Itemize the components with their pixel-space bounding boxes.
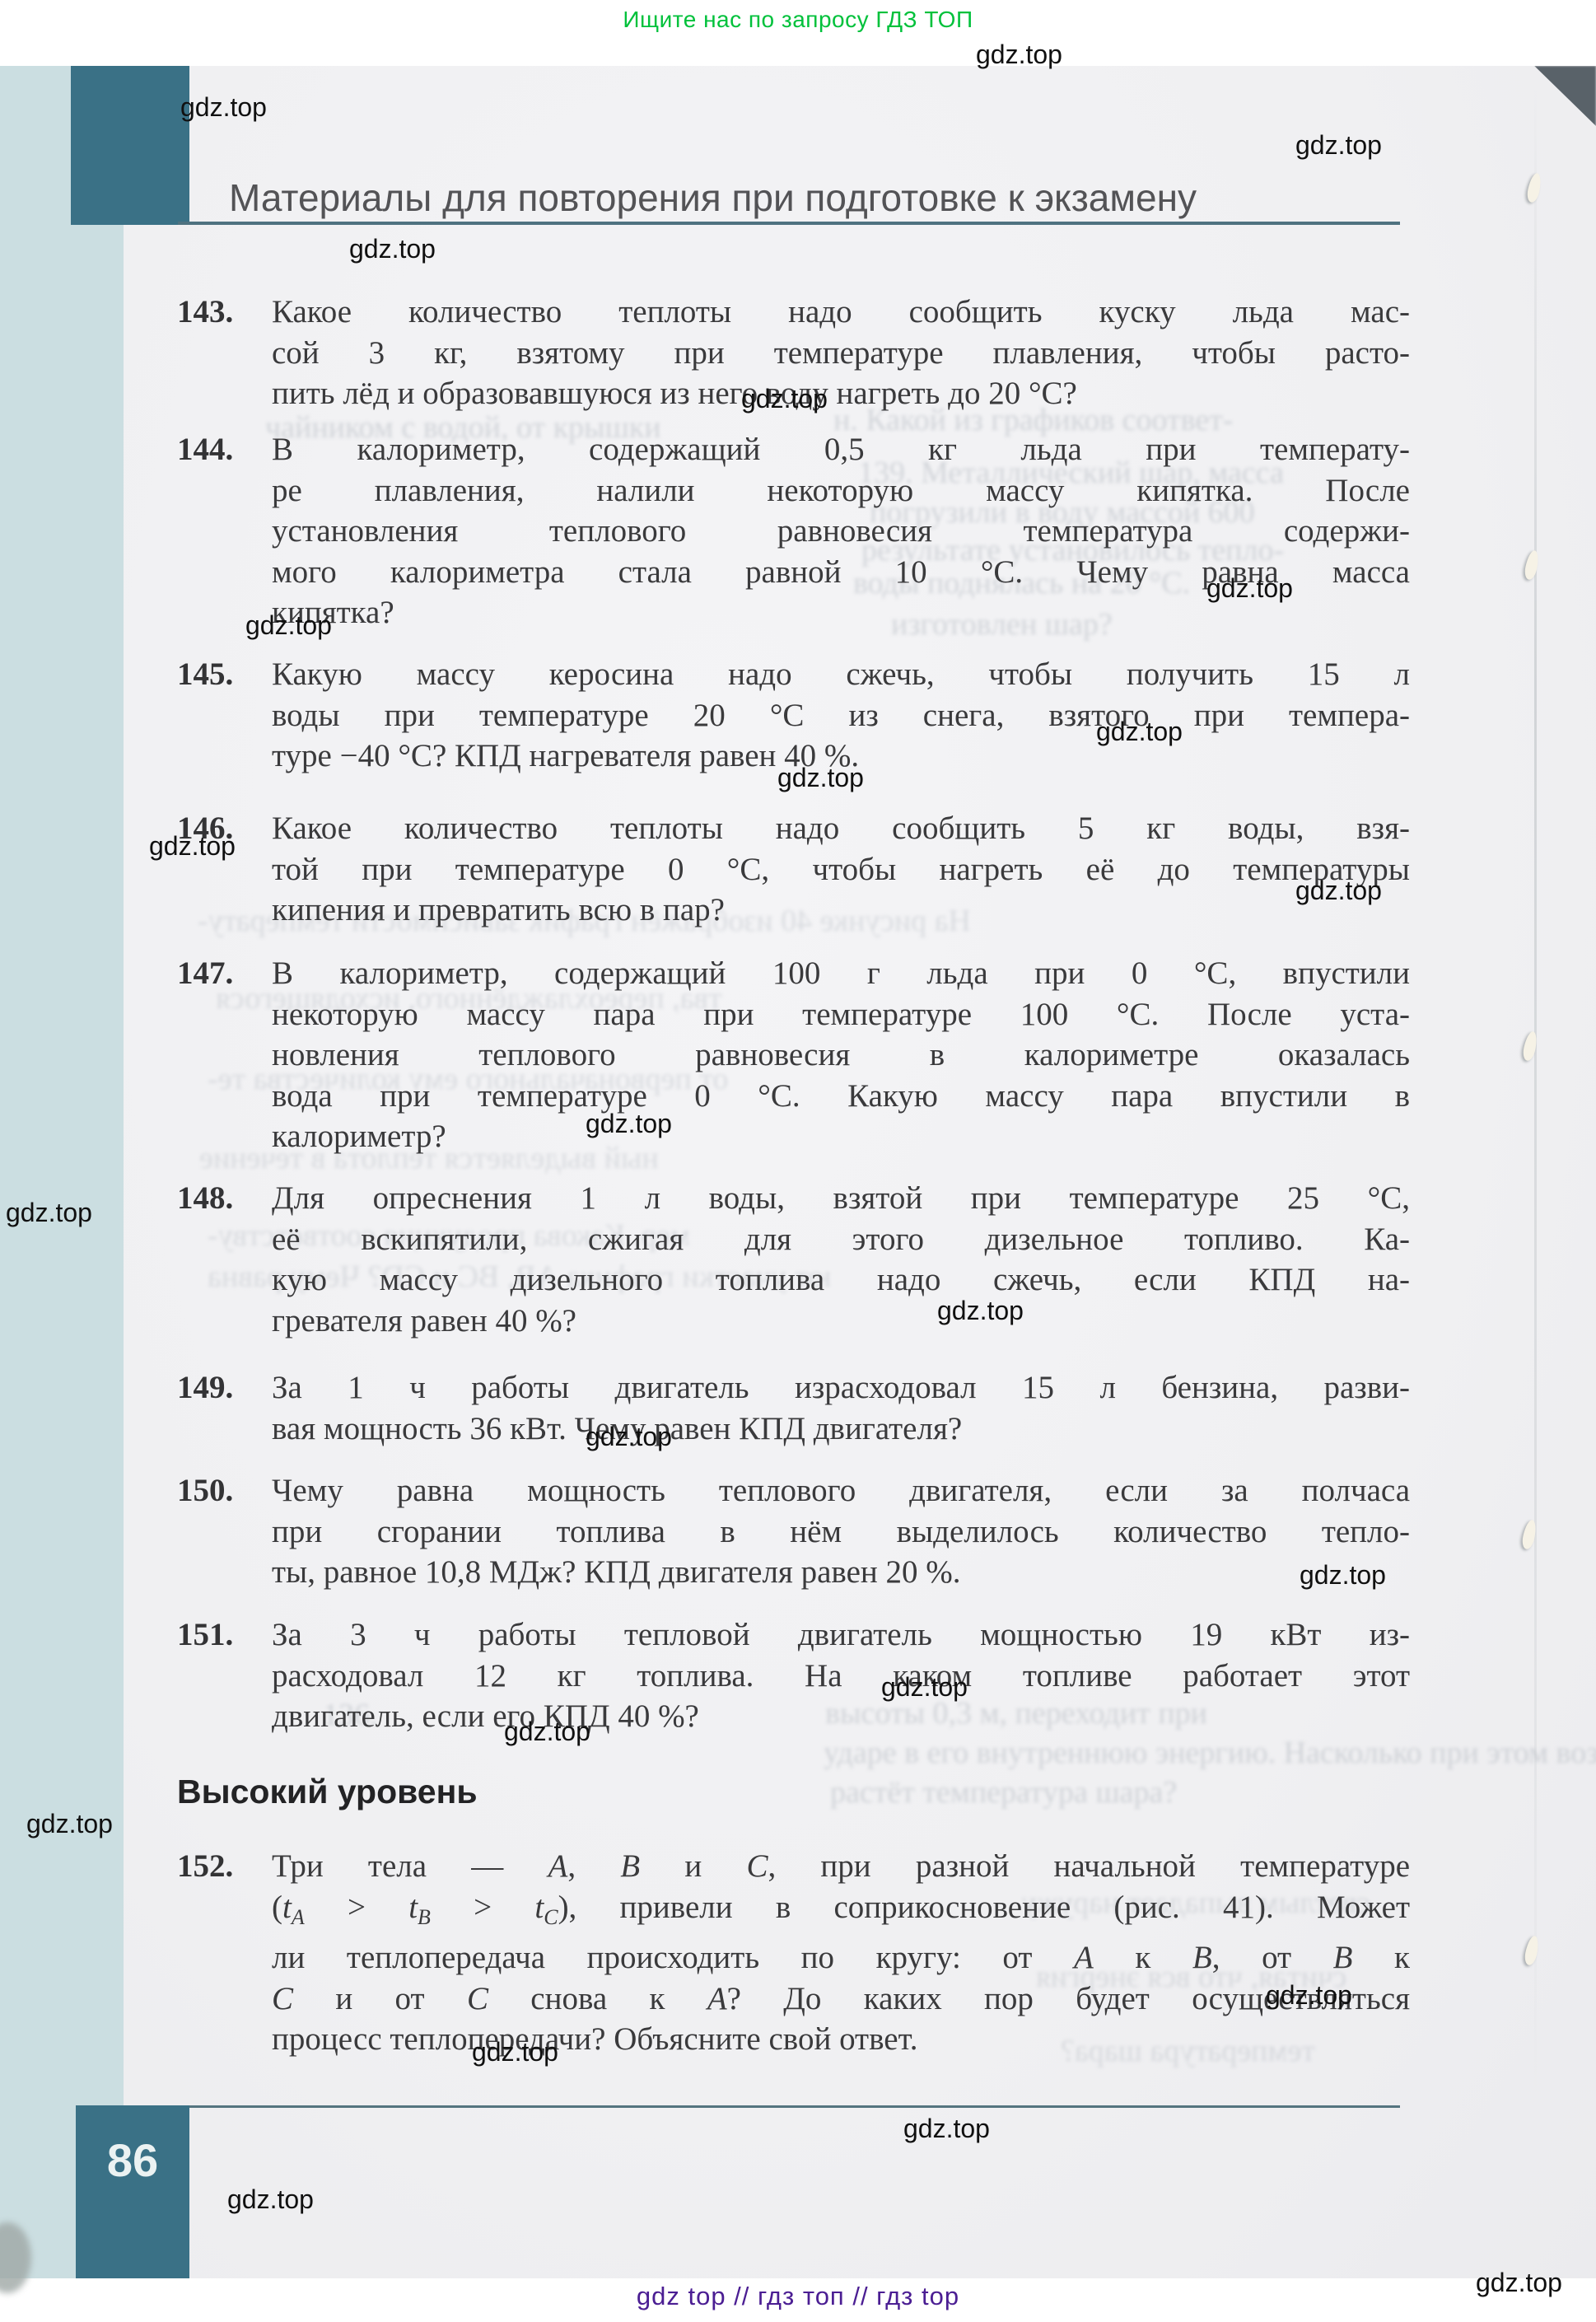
problem-text-line: двигатель, если его КПД 40 %? <box>272 1696 1410 1737</box>
watermark: gdz.top <box>504 1717 590 1747</box>
problem-number: 148. <box>177 1178 233 1219</box>
problem-number: 147. <box>177 953 233 994</box>
watermark: gdz.top <box>180 92 267 123</box>
watermark: gdz.top <box>472 2037 558 2067</box>
watermark: gdz.top <box>149 831 236 862</box>
problem-item: 148.Для опреснения 1 л воды, взятой при … <box>177 1178 1410 1341</box>
section-heading: Высокий уровень <box>177 1773 478 1811</box>
problems-layer: 143.Какое количество теплоты надо сообщи… <box>0 0 1596 2322</box>
watermark: gdz.top <box>1096 717 1183 747</box>
watermark: gdz.top <box>227 2184 314 2215</box>
watermark: gdz.top <box>976 40 1062 70</box>
watermark: gdz.top <box>1476 2268 1562 2298</box>
problem-text-line: За 1 ч работы двигатель израсходовал 15 … <box>272 1367 1410 1409</box>
watermark: gdz.top <box>245 610 332 641</box>
watermark: gdz.top <box>1295 876 1382 906</box>
problem-text-line: вая мощность 36 кВт. Чему равен КПД двиг… <box>272 1409 1410 1450</box>
watermark: gdz.top <box>586 1109 672 1139</box>
problem-text-line: воды при температуре 20 °С из снега, взя… <box>272 695 1410 736</box>
problem-text-line: процесс теплопередачи? Объясните свой от… <box>272 2019 1410 2060</box>
problem-item: 147.В калориметр, содержащий 100 г льда … <box>177 953 1410 1157</box>
problem-text-line: расходовал 12 кг топлива. На каком топли… <box>272 1656 1410 1697</box>
problem-item: 145.Какую массу керосина надо сжечь, что… <box>177 654 1410 777</box>
problem-text-line: ты, равное 10,8 МДж? КПД двигателя равен… <box>272 1552 1410 1593</box>
problem-text-line: Три тела — А, В и С, при разной начально… <box>272 1846 1410 1887</box>
problem-text-line: ли теплопередача происходить по кругу: о… <box>272 1937 1410 1979</box>
watermark: gdz.top <box>1206 573 1293 604</box>
problem-lines: В калориметр, содержащий 100 г льда при … <box>272 953 1410 1157</box>
problem-number: 143. <box>177 292 233 333</box>
problem-text-line: той при температуре 0 °С, чтобы нагреть … <box>272 849 1410 890</box>
problem-item: 151.За 3 ч работы тепловой двигатель мощ… <box>177 1614 1410 1737</box>
problem-text-line: ре плавления, налили некоторую массу кип… <box>272 470 1410 512</box>
problem-text-line: при сгорании топлива в нём выделилось ко… <box>272 1511 1410 1553</box>
problem-text-line: пить лёд и образовавшуюся из него воду н… <box>272 373 1410 414</box>
problem-lines: За 3 ч работы тепловой двигатель мощност… <box>272 1614 1410 1737</box>
problem-text-line: кую массу дизельного топлива надо сжечь,… <box>272 1259 1410 1301</box>
page-crease <box>1534 78 1537 2105</box>
problem-item: 146.Какое количество теплоты надо сообщи… <box>177 808 1410 931</box>
problem-text-line: За 3 ч работы тепловой двигатель мощност… <box>272 1614 1410 1656</box>
problem-number: 144. <box>177 429 233 470</box>
watermark: gdz.top <box>6 1198 92 1228</box>
problem-lines: За 1 ч работы двигатель израсходовал 15 … <box>272 1367 1410 1449</box>
watermark: gdz.top <box>777 763 864 793</box>
problem-number: 152. <box>177 1846 233 1887</box>
problem-text-line: некоторую массу пара при температуре 100… <box>272 994 1410 1035</box>
problem-number: 150. <box>177 1470 233 1511</box>
problem-lines: Для опреснения 1 л воды, взятой при темп… <box>272 1178 1410 1341</box>
problem-text-line: В калориметр, содержащий 0,5 кг льда при… <box>272 429 1410 470</box>
problem-text-line: Чему равна мощность теплового двигателя,… <box>272 1470 1410 1511</box>
problem-item: 150.Чему равна мощность теплового двигат… <box>177 1470 1410 1593</box>
watermark: gdz.top <box>903 2114 990 2144</box>
problem-number: 145. <box>177 654 233 695</box>
problem-number: 151. <box>177 1614 233 1656</box>
problem-text-line: (tА > tВ > tС), привели в соприкосновени… <box>272 1887 1410 1938</box>
problem-text-line: установления теплового равновесия темпер… <box>272 511 1410 552</box>
problem-text-line: вода при температуре 0 °С. Какую массу п… <box>272 1076 1410 1117</box>
problem-text-line: её вскипятили, сжигая для этого дизельно… <box>272 1219 1410 1260</box>
watermark: gdz.top <box>349 234 436 264</box>
watermark: gdz.top <box>937 1296 1024 1326</box>
problem-text-line: калориметр? <box>272 1116 1410 1157</box>
problem-number: 149. <box>177 1367 233 1409</box>
problem-lines: Какую массу керосина надо сжечь, чтобы п… <box>272 654 1410 777</box>
watermark: gdz.top <box>1295 130 1382 161</box>
problem-text-line: Какое количество теплоты надо сообщить к… <box>272 292 1410 333</box>
problem-item: 149.За 1 ч работы двигатель израсходовал… <box>177 1367 1410 1449</box>
watermark: gdz.top <box>1300 1560 1386 1591</box>
watermark: gdz.top <box>586 1422 672 1452</box>
problem-text-line: Какую массу керосина надо сжечь, чтобы п… <box>272 654 1410 695</box>
problem-lines: Какое количество теплоты надо сообщить к… <box>272 292 1410 414</box>
problem-text-line: В калориметр, содержащий 100 г льда при … <box>272 953 1410 994</box>
problem-text-line: кипения и превратить всю в пар? <box>272 890 1410 931</box>
problem-text-line: гревателя равен 40 %? <box>272 1301 1410 1342</box>
problem-item: 152.Три тела — А, В и С, при разной нача… <box>177 1846 1410 2060</box>
problem-text-line: Для опреснения 1 л воды, взятой при темп… <box>272 1178 1410 1219</box>
problem-text-line: С и от С снова к А? До каких пор будет о… <box>272 1979 1410 2020</box>
problem-lines: Чему равна мощность теплового двигателя,… <box>272 1470 1410 1593</box>
problem-lines: Три тела — А, В и С, при разной начально… <box>272 1846 1410 2060</box>
watermark: gdz.top <box>881 1672 968 1703</box>
problem-text-line: Какое количество теплоты надо сообщить 5… <box>272 808 1410 849</box>
watermark: gdz.top <box>26 1809 113 1839</box>
watermark: gdz.top <box>1266 1980 1352 2011</box>
problem-text-line: новления теплового равновесия в калориме… <box>272 1035 1410 1076</box>
problem-lines: Какое количество теплоты надо сообщить 5… <box>272 808 1410 931</box>
watermark: gdz.top <box>741 384 828 414</box>
problem-text-line: сой 3 кг, взятому при температуре плавле… <box>272 333 1410 374</box>
